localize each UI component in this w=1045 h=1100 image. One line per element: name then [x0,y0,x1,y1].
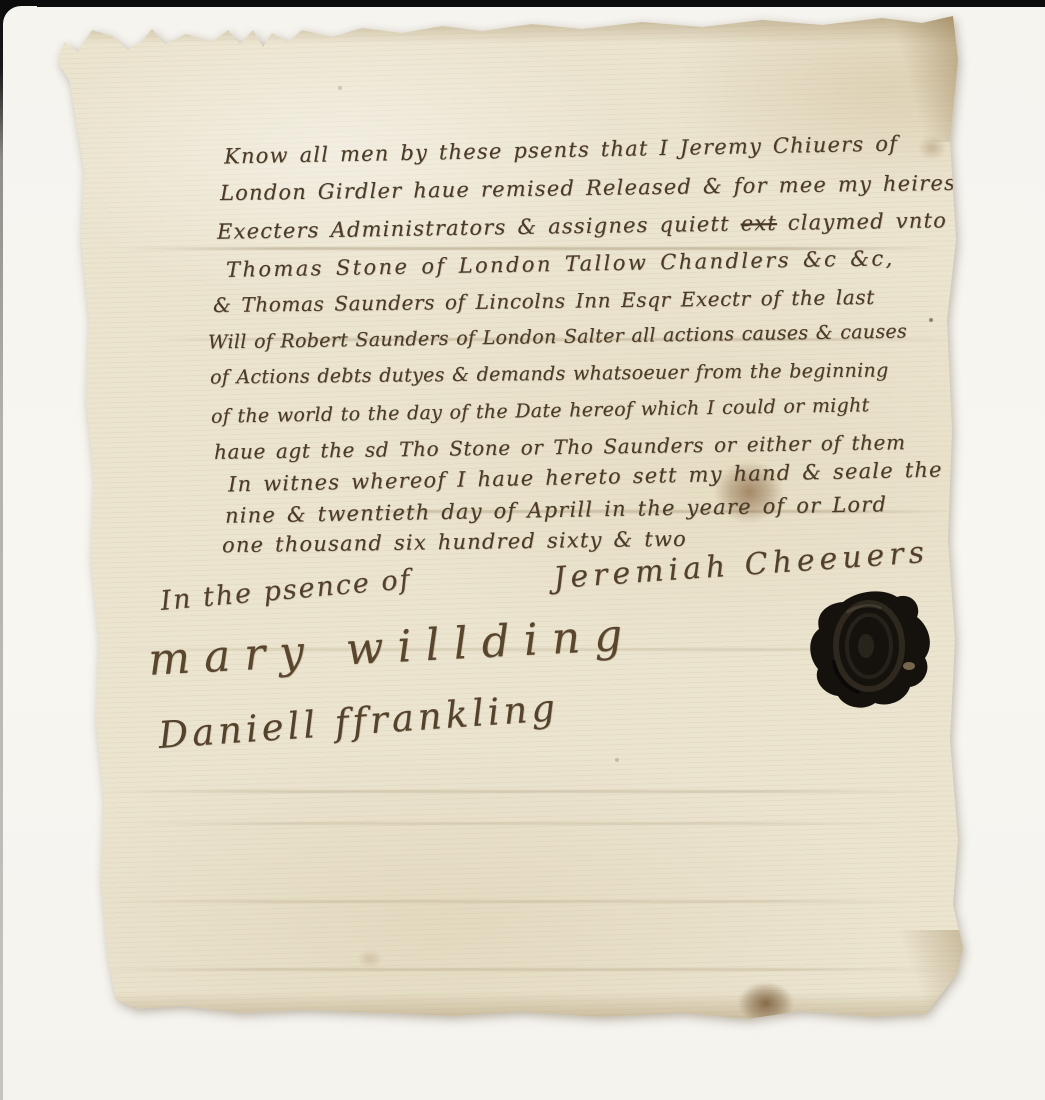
manuscript-line: Execters Administrators & assignes quiet… [217,208,947,243]
line-segment: claymed vnto [777,208,947,235]
manuscript-line: Thomas Stone of London Tallow Chandlers … [226,246,895,282]
manuscript-line: Know all men by these psents that I Jere… [224,132,898,169]
ink-stain [918,136,946,160]
manuscript-line: nine & twentieth day of Aprill in the ye… [225,492,887,528]
paper-crease [100,790,935,793]
torn-edge-top-right [885,12,963,142]
paper-shadow: Know all men by these psents that I Jere… [0,0,1045,1100]
struck-word: ext [740,211,777,236]
manuscript-line: & Thomas Saunders of Lincolns Inn Esqr E… [213,285,875,317]
manuscript-line: of Actions debts dutyes & demands whatso… [210,359,889,388]
ink-stain [738,982,794,1024]
line-segment: Execters Administrators & assignes quiet… [217,212,741,244]
manuscript-line: one thousand six hundred sixty & two [222,527,687,557]
wax-seal-icon [796,582,946,720]
paper-crease [130,822,905,825]
paper-speck [929,318,933,322]
torn-edge-top [55,14,955,44]
manuscript-line: haue agt the sd Tho Stone or Tho Saunder… [214,430,906,464]
scanned-manuscript-page: Know all men by these psents that I Jere… [0,0,1045,1100]
manuscript-line: of the world to the day of the Date here… [211,394,870,427]
paper-crease [105,900,925,903]
torn-edge-bottom-right [900,930,970,1025]
paper-crease [100,968,945,971]
manuscript-line: Will of Robert Saunders of London Salter… [208,321,907,354]
manuscript-paper: Know all men by these psents that I Jere… [0,0,1045,1100]
torn-edge-bottom [90,992,965,1022]
attestation-line: In the psence of [159,564,413,617]
witness-signature-mary-willding: mary willding [147,609,637,685]
paper-speck [615,758,619,762]
manuscript-line: London Girdler haue remised Released & f… [220,171,956,205]
witness-signature-daniell-ffrankling: Daniell ffrankling [157,686,560,757]
manuscript-line: In witnes whereof I haue hereto sett my … [228,458,943,497]
ink-stain [358,950,382,968]
paper-speck [338,86,342,90]
